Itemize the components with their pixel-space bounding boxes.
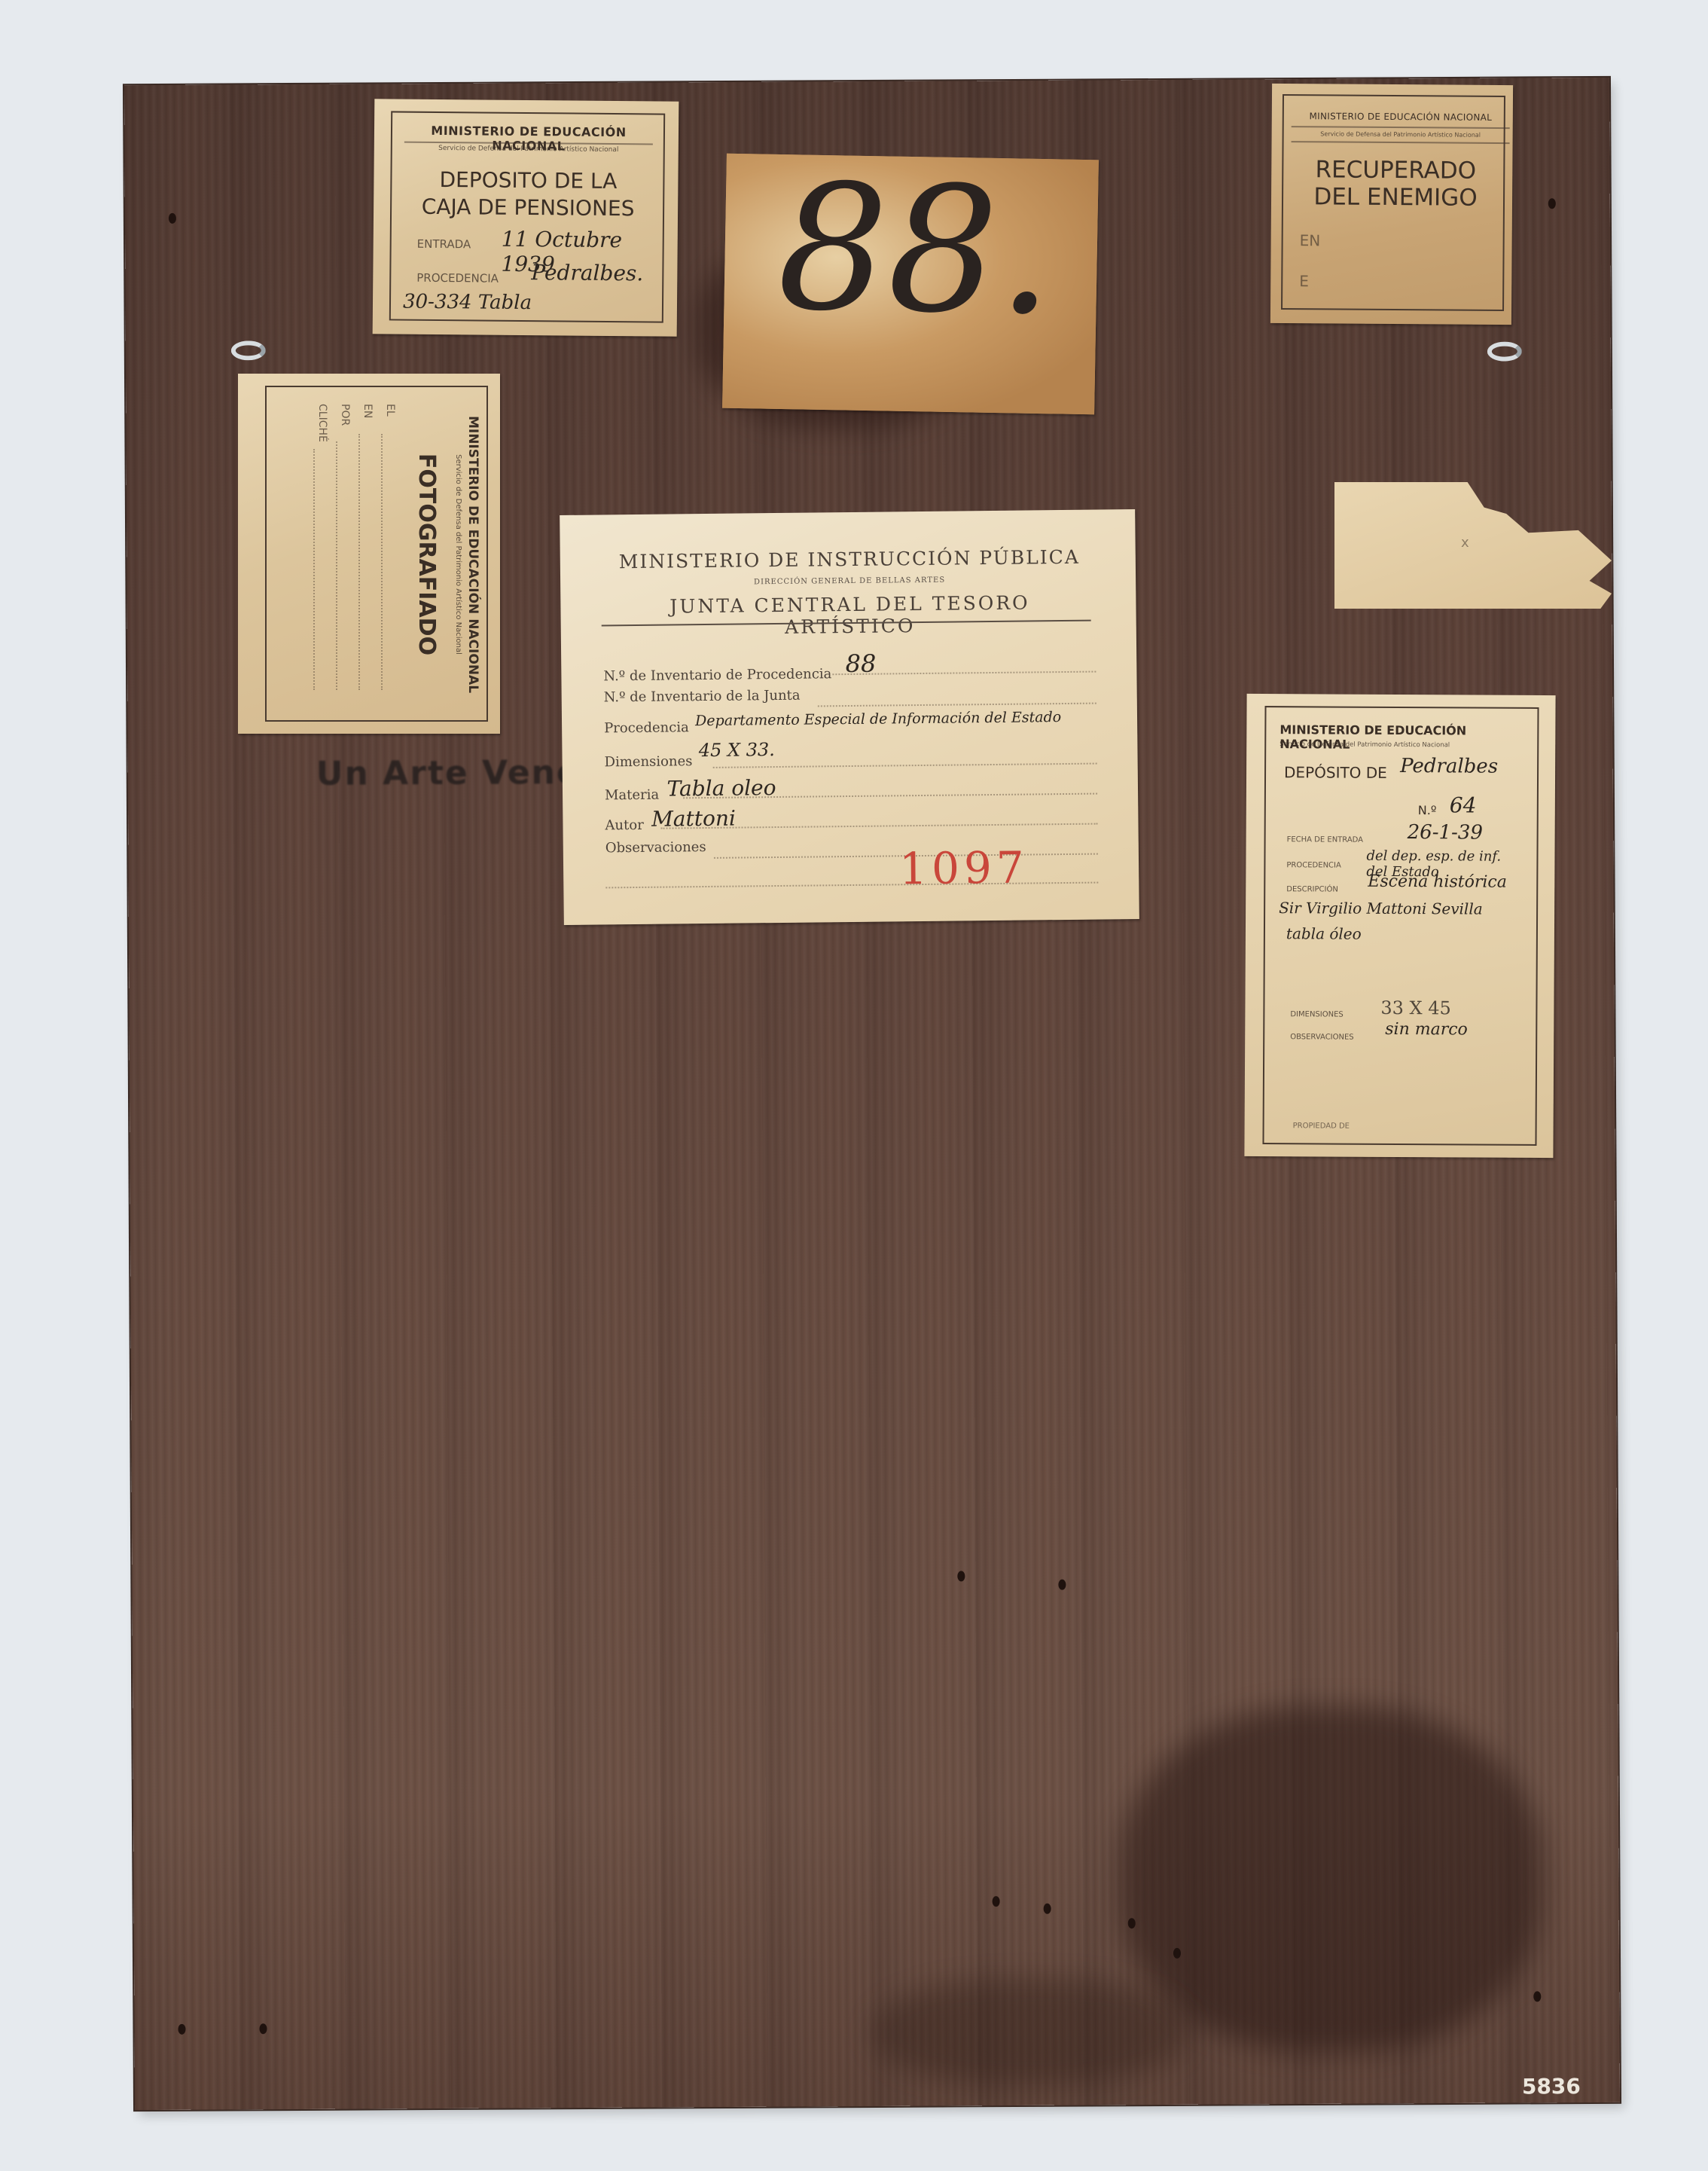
fecha-value: 26-1-39 [1408,821,1483,844]
worm-hole [1044,1904,1051,1914]
row-label: Materia [605,787,659,804]
ministry-heading: MINISTERIO DE EDUCACIÓN NACIONAL [1292,111,1510,123]
numero-label: N.º [1418,803,1437,817]
junta-row: Dimensiones 45 X 33. [604,745,1093,776]
row-label: Dimensiones [604,753,692,770]
red-number: 1097 [899,842,1029,895]
worm-hole [957,1571,965,1581]
field-por: POR [339,404,351,426]
field-el: EL [384,404,396,417]
row-value: Departamento Especial de Información del… [695,709,1061,729]
pencil-mark: x [1461,535,1469,551]
title-line-2: CAJA DE PENSIONES [396,194,660,221]
worm-hole [259,2023,267,2034]
worm-hole [1173,1948,1181,1959]
dimensiones-value: 33 X 45 [1380,997,1451,1018]
worm-hole [1548,198,1556,209]
junta-row: N.º de Inventario de Procedencia 88 [603,653,1093,684]
hanging-hook-right [1487,341,1522,361]
service-subheading: Servicio de Defensa del Patrimonio Artís… [1279,740,1528,750]
worm-hole [1533,1991,1541,2002]
procedencia-label: PROCEDENCIA [416,271,499,285]
field-en: EN [361,404,374,418]
hanging-hook-left [231,340,266,360]
label-fotografiado: MINISTERIO DE EDUCACIÓN NACIONAL Servici… [238,374,500,734]
row-label: N.º de Inventario de la Junta [604,688,801,706]
deposito-label: DEPÓSITO DE [1284,763,1387,782]
descripcion-value-1: Escena histórica [1368,872,1507,892]
ministry-heading: MINISTERIO DE INSTRUCCIÓN PÚBLICA [601,546,1098,573]
number-88: 88. [776,162,1055,340]
junta-row: Procedencia Departamento Especial de Inf… [604,714,1124,745]
worm-hole [1128,1918,1136,1928]
descripcion-value-3: tabla óleo [1286,924,1362,943]
title-line-2: DEL ENEMIGO [1286,183,1505,212]
row-value: 45 X 33. [699,739,775,761]
row-label: Observaciones [605,839,706,856]
title-fotografiado: FOTOGRAFIADO [413,404,440,705]
field-en-label: EN [1300,231,1321,249]
title-line-1: RECUPERADO [1286,156,1505,185]
descripcion-label: DESCRIPCIÓN [1286,885,1338,893]
numero-value: 64 [1450,792,1477,817]
junta-row: Materia Tabla oleo [605,775,1094,806]
dimensiones-label: DIMENSIONES [1290,1010,1343,1018]
entrada-label: ENTRADA [417,237,471,252]
propiedad-label: PROPIEDAD DE [1293,1122,1350,1130]
row-label: N.º de Inventario de Procedencia [603,666,831,684]
field-cliche: CLICHÉ [316,404,328,442]
ministry-heading: MINISTERIO DE EDUCACIÓN NACIONAL [465,404,480,705]
label-junta-central: MINISTERIO DE INSTRUCCIÓN PÚBLICA DIRECC… [560,509,1139,925]
field-e-label: E [1299,272,1309,290]
worm-hole [178,2024,185,2035]
direction-subheading: DIRECCIÓN GENERAL DE BELLAS ARTES [601,575,1098,588]
junta-heading: JUNTA CENTRAL DEL TESORO ARTÍSTICO [601,591,1099,640]
label-caja-pensiones: MINISTERIO DE EDUCACIÓN NACIONAL Servici… [373,99,679,337]
deposito-value: Pedralbes [1400,755,1498,778]
descripcion-value-2: Sir Virgilio Mattoni Sevilla [1279,899,1483,918]
row-label: Autor [605,817,643,834]
observaciones-label: OBSERVACIONES [1290,1033,1354,1041]
service-subheading: Servicio de Defensa del Patrimonio Artís… [454,404,462,705]
procedencia-label: PROCEDENCIA [1286,861,1340,869]
worm-hole [1058,1580,1066,1590]
title-line-1: DEPOSITO DE LA [396,167,660,194]
junta-row: Autor Mattoni [605,805,1094,836]
row-label: Procedencia [604,719,689,736]
label-recuperado: MINISTERIO DE EDUCACIÓN NACIONAL Servici… [1270,84,1513,325]
procedencia-value: Pedralbes. [531,260,643,285]
dark-stain-lower-right [1119,1705,1542,2053]
worm-hole [993,1896,1000,1907]
label-number-88: 88. [722,154,1099,415]
catalog-number: 5836 [1522,2074,1581,2099]
dark-stain-bottom [872,1978,1189,2085]
extra-line: 30-334 Tabla [403,291,532,314]
observaciones-value: sin marco [1385,1020,1468,1040]
worm-hole [169,213,176,224]
label-deposito-pedralbes: MINISTERIO DE EDUCACIÓN NACIONAL Servici… [1244,694,1555,1158]
fecha-label: FECHA DE ENTRADA [1287,835,1364,844]
